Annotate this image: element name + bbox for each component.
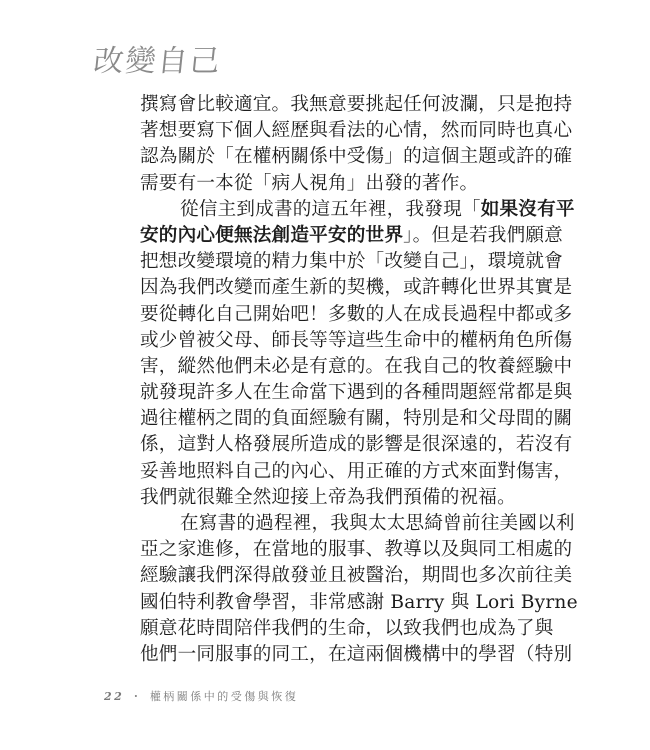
text-run: 從信主到成書的這五年裡，我發現「 (180, 199, 481, 220)
emphasis-text: 安的內心便無法創造平安的世界 (140, 225, 403, 246)
text-line: 把想改變環境的精力集中於「改變自己」，環境就會 (140, 249, 496, 275)
text-line: 我們就很難全然迎接上帝為我們預備的祝福。 (140, 485, 496, 511)
text-line: 係，這對人格發展所造成的影響是很深遠的，若沒有 (140, 432, 496, 458)
text-line: 或少曾被父母、師長等等這些生命中的權柄角色所傷 (140, 328, 496, 354)
page-footer: 22 ・ 權柄關係中的受傷與恢復 (104, 688, 298, 704)
page-number: 22 (104, 690, 124, 703)
text-line: 害，縱然他們未必是有意的。在我自己的牧養經驗中 (140, 354, 496, 380)
text-line: 就發現許多人在生命當下遇到的各種問題經常都是與 (140, 380, 496, 406)
text-line: 撰寫會比較適宜。我無意要挑起任何波瀾，只是抱持 (140, 92, 496, 118)
text-line: 妥善地照料自己的內心、用正確的方式來面對傷害， (140, 459, 496, 485)
chapter-title: 改變自己 (92, 36, 225, 80)
text-line: 從信主到成書的這五年裡，我發現「如果沒有平 (140, 197, 496, 223)
paragraph-3: 在寫書的過程裡，我與太太思綺曾前往美國以利 亞之家進修，在當地的服事、教導以及與… (140, 511, 496, 668)
paragraph-2: 從信主到成書的這五年裡，我發現「如果沒有平 安的內心便無法創造平安的世界」。但是… (140, 197, 496, 511)
body-text: 撰寫會比較適宜。我無意要挑起任何波瀾，只是抱持 著想要寫下個人經歷與看法的心情，… (140, 92, 496, 668)
text-line: 認為關於「在權柄關係中受傷」的這個主題或許的確 (140, 144, 496, 170)
text-line: 安的內心便無法創造平安的世界」。但是若我們願意 (140, 223, 496, 249)
footer-separator: ・ (130, 690, 144, 703)
text-line: 要從轉化自己開始吧！多數的人在成長過程中都或多 (140, 302, 496, 328)
paragraph-1: 撰寫會比較適宜。我無意要挑起任何波瀾，只是抱持 著想要寫下個人經歷與看法的心情，… (140, 92, 496, 197)
text-line: 願意花時間陪伴我們的生命，以致我們也成為了與 (140, 616, 496, 642)
running-book-title: 權柄關係中的受傷與恢復 (150, 690, 299, 703)
text-run: 」。但是若我們願意 (403, 225, 563, 246)
text-line: 亞之家進修，在當地的服事、教導以及與同工相處的 (140, 537, 496, 563)
text-line: 過往權柄之間的負面經驗有關，特別是和父母間的關 (140, 406, 496, 432)
text-line: 需要有一本從「病人視角」出發的著作。 (140, 171, 496, 197)
emphasis-text: 如果沒有平 (481, 199, 575, 220)
text-line: 著想要寫下個人經歷與看法的心情，然而同時也真心 (140, 118, 496, 144)
text-line: 經驗讓我們深得啟發並且被醫治，期間也多次前往美 (140, 563, 496, 589)
text-line: 他們一同服事的同工，在這兩個機構中的學習（特別 (140, 642, 496, 668)
text-line: 因為我們改變而產生新的契機，或許轉化世界其實是 (140, 275, 496, 301)
text-line: 國伯特利教會學習，非常感謝 Barry 與 Lori Byrne (140, 590, 496, 616)
text-line: 在寫書的過程裡，我與太太思綺曾前往美國以利 (140, 511, 496, 537)
